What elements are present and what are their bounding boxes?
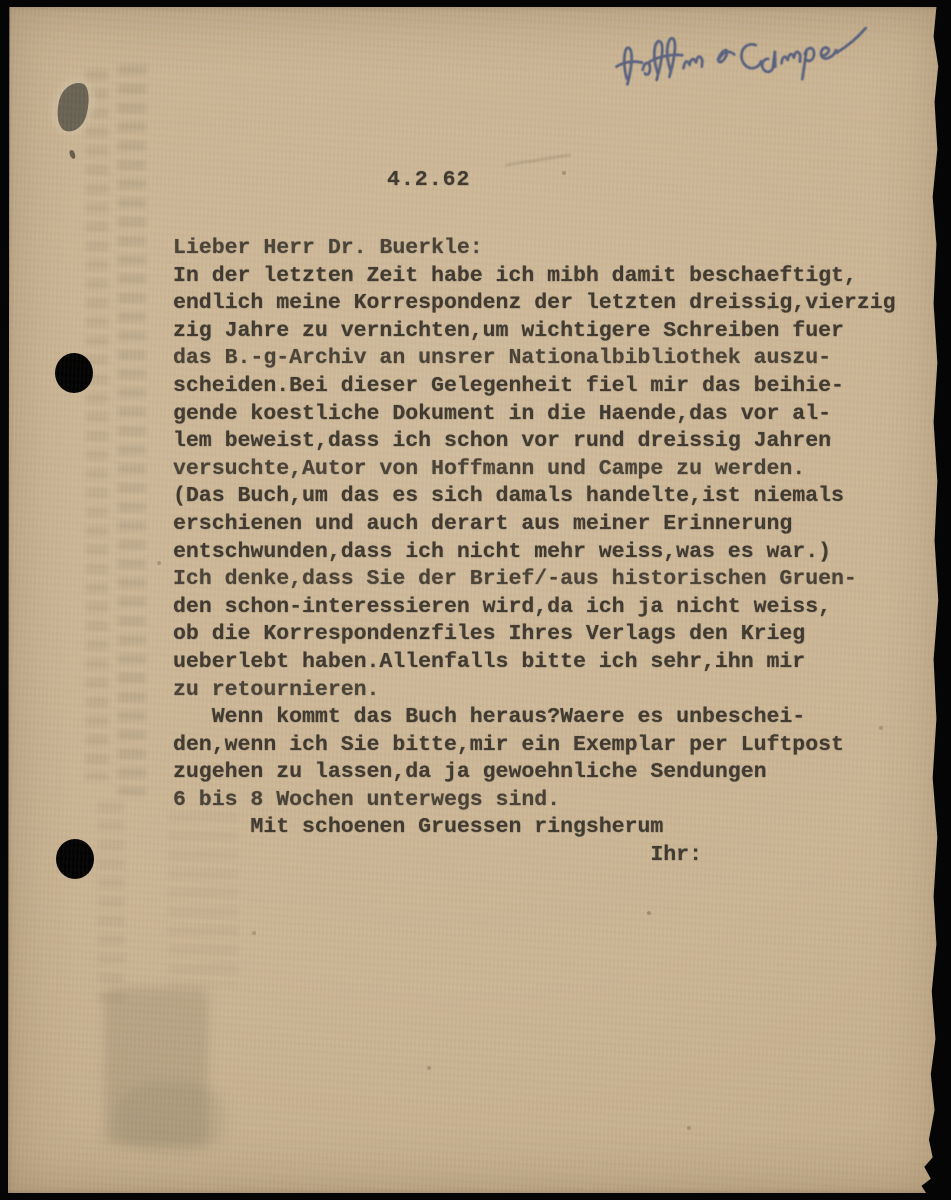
punch-hole-bottom [56, 839, 94, 879]
letter-page: 4.2.62 Lieber Herr Dr. Buerkle:In der le… [8, 7, 942, 1193]
letter-line: den,wenn ich Sie bitte,mir ein Exemplar … [173, 732, 896, 760]
letter-line: lem beweist,dass ich schon vor rund drei… [173, 428, 896, 456]
letter-line: erschienen und auch derart aus meiner Er… [173, 511, 896, 539]
ghost-transfer-text [86, 70, 108, 780]
letter-line: zig Jahre zu vernichten,um wichtigere Sc… [173, 318, 896, 346]
letter-line: 6 bis 8 Wochen unterwegs sind. [173, 787, 896, 815]
stamp-smudge [105, 988, 208, 1145]
handwritten-annotation [597, 7, 897, 106]
letter-line: versuchte,Autor von Hoffmann und Campe z… [173, 456, 896, 484]
letter-line: endlich meine Korrespondenz der letzten … [173, 290, 896, 318]
letter-line: Ihr: [173, 842, 896, 870]
letter-line: scheiden.Bei dieser Gelegenheit fiel mir… [173, 373, 896, 401]
torn-hole [52, 79, 93, 135]
punch-hole-top [55, 353, 93, 393]
letter-line: ob die Korrespondenzfiles Ihres Verlags … [173, 621, 896, 649]
ink-speck [68, 149, 76, 159]
ghost-transfer-text [98, 802, 124, 1002]
letter-line: entschwunden,dass ich nicht mehr weiss,w… [173, 539, 896, 567]
letter-line: gende koestliche Dokument in die Haende,… [173, 401, 896, 429]
ghost-transfer-text [118, 65, 146, 795]
letter-line: Mit schoenen Gruessen ringsherum [173, 814, 896, 842]
letter-line: zugehen zu lassen,da ja gewoehnliche Sen… [173, 759, 896, 787]
letter-line: (Das Buch,um das es sich damals handelte… [173, 483, 896, 511]
letter-line: zu retournieren. [173, 677, 896, 705]
letter-line: In der letzten Zeit habe ich mibh damit … [173, 263, 896, 291]
letter-line: den schon-interessieren wird,da ich ja n… [173, 594, 896, 622]
letter-date: 4.2.62 [387, 167, 470, 195]
paper-specks [8, 7, 10, 9]
letter-line: Lieber Herr Dr. Buerkle: [173, 235, 896, 263]
fold-mark [505, 154, 571, 166]
letter-line: Ich denke,dass Sie der Brief/-aus histor… [173, 566, 896, 594]
letter-line: das B.-g-Archiv an unsrer Nationalbiblio… [173, 345, 896, 373]
letter-line: Wenn kommt das Buch heraus?Waere es unbe… [173, 704, 896, 732]
letter-line: ueberlebt haben.Allenfalls bitte ich seh… [173, 649, 896, 677]
letter-body: Lieber Herr Dr. Buerkle:In der letzten Z… [173, 235, 896, 870]
